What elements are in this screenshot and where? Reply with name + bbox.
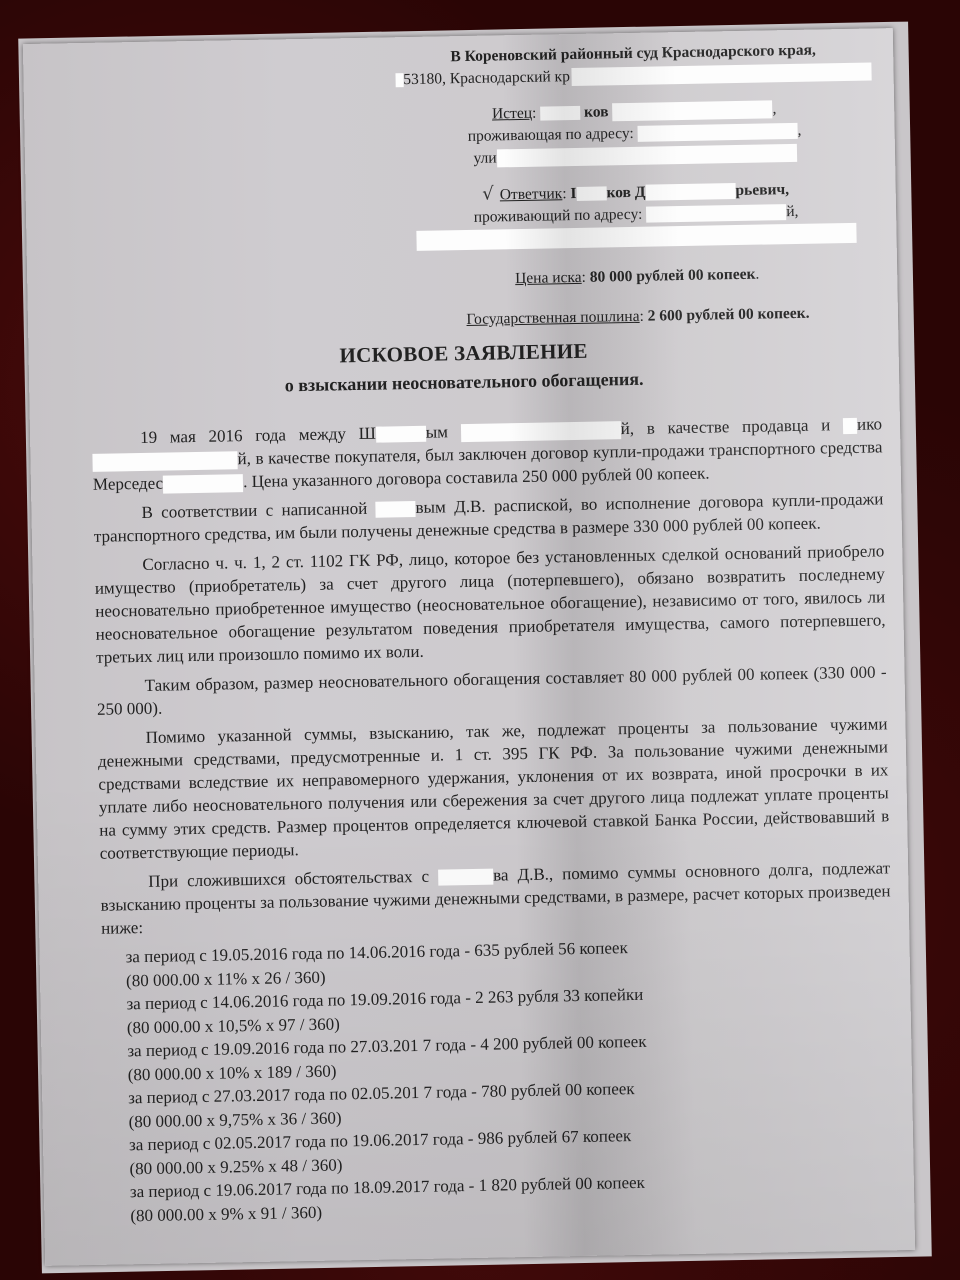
redaction bbox=[612, 101, 772, 122]
paragraph-amount: Таким образом, размер неосновательного о… bbox=[96, 660, 887, 720]
paragraph-receipt: В соответствии с написанной вым Д.В. рас… bbox=[93, 487, 884, 547]
redaction bbox=[375, 501, 415, 518]
interest-calculation-list: за период с 19.05.2016 года по 14.06.201… bbox=[125, 931, 896, 1227]
redaction bbox=[540, 106, 580, 121]
redaction bbox=[461, 421, 621, 442]
paragraph-contract: 19 мая 2016 года между Шым й, в качестве… bbox=[92, 412, 883, 495]
plaintiff-block: Истец: ков, проживающая по адресу: , ули bbox=[394, 96, 875, 171]
document-page: В Кореновский районный суд Краснодарског… bbox=[23, 28, 915, 1266]
redaction bbox=[395, 74, 403, 88]
redaction bbox=[645, 183, 735, 201]
paragraph-circumstances: При сложившихся обстоятельствах с ва Д.В… bbox=[100, 856, 891, 939]
plaintiff-label: Истец bbox=[492, 105, 532, 123]
addressee-block: В Кореновский районный суд Краснодарског… bbox=[393, 38, 878, 332]
redaction bbox=[92, 451, 237, 472]
defendant-block: √Ответчик: Iков Дрьевич, проживающий по … bbox=[396, 176, 877, 252]
paragraph-interest: Помимо указанной суммы, взысканию, так ж… bbox=[97, 712, 889, 864]
state-fee: Государственная пошлина: 2 600 рублей 00… bbox=[398, 301, 878, 332]
redaction bbox=[376, 426, 426, 443]
claim-price: Цена иска: 80 000 рублей 00 копеек. bbox=[397, 261, 877, 292]
redaction bbox=[163, 474, 243, 493]
redaction bbox=[572, 63, 872, 86]
handwritten-check-mark-icon: √ bbox=[482, 183, 494, 204]
paragraph-law: Согласно ч. ч. 1, 2 ст. 1102 ГК РФ, лицо… bbox=[94, 539, 886, 668]
redaction bbox=[843, 418, 857, 434]
document-body: 19 мая 2016 года между Шым й, в качестве… bbox=[92, 412, 897, 1227]
redaction bbox=[646, 205, 786, 224]
redaction bbox=[438, 869, 493, 886]
defendant-label: Ответчик bbox=[500, 185, 563, 203]
redaction bbox=[576, 187, 606, 202]
redaction bbox=[496, 144, 796, 167]
redaction bbox=[638, 123, 798, 142]
document-title: ИСКОВОЕ ЗАЯВЛЕНИЕ о взыскании неосновате… bbox=[28, 333, 899, 401]
